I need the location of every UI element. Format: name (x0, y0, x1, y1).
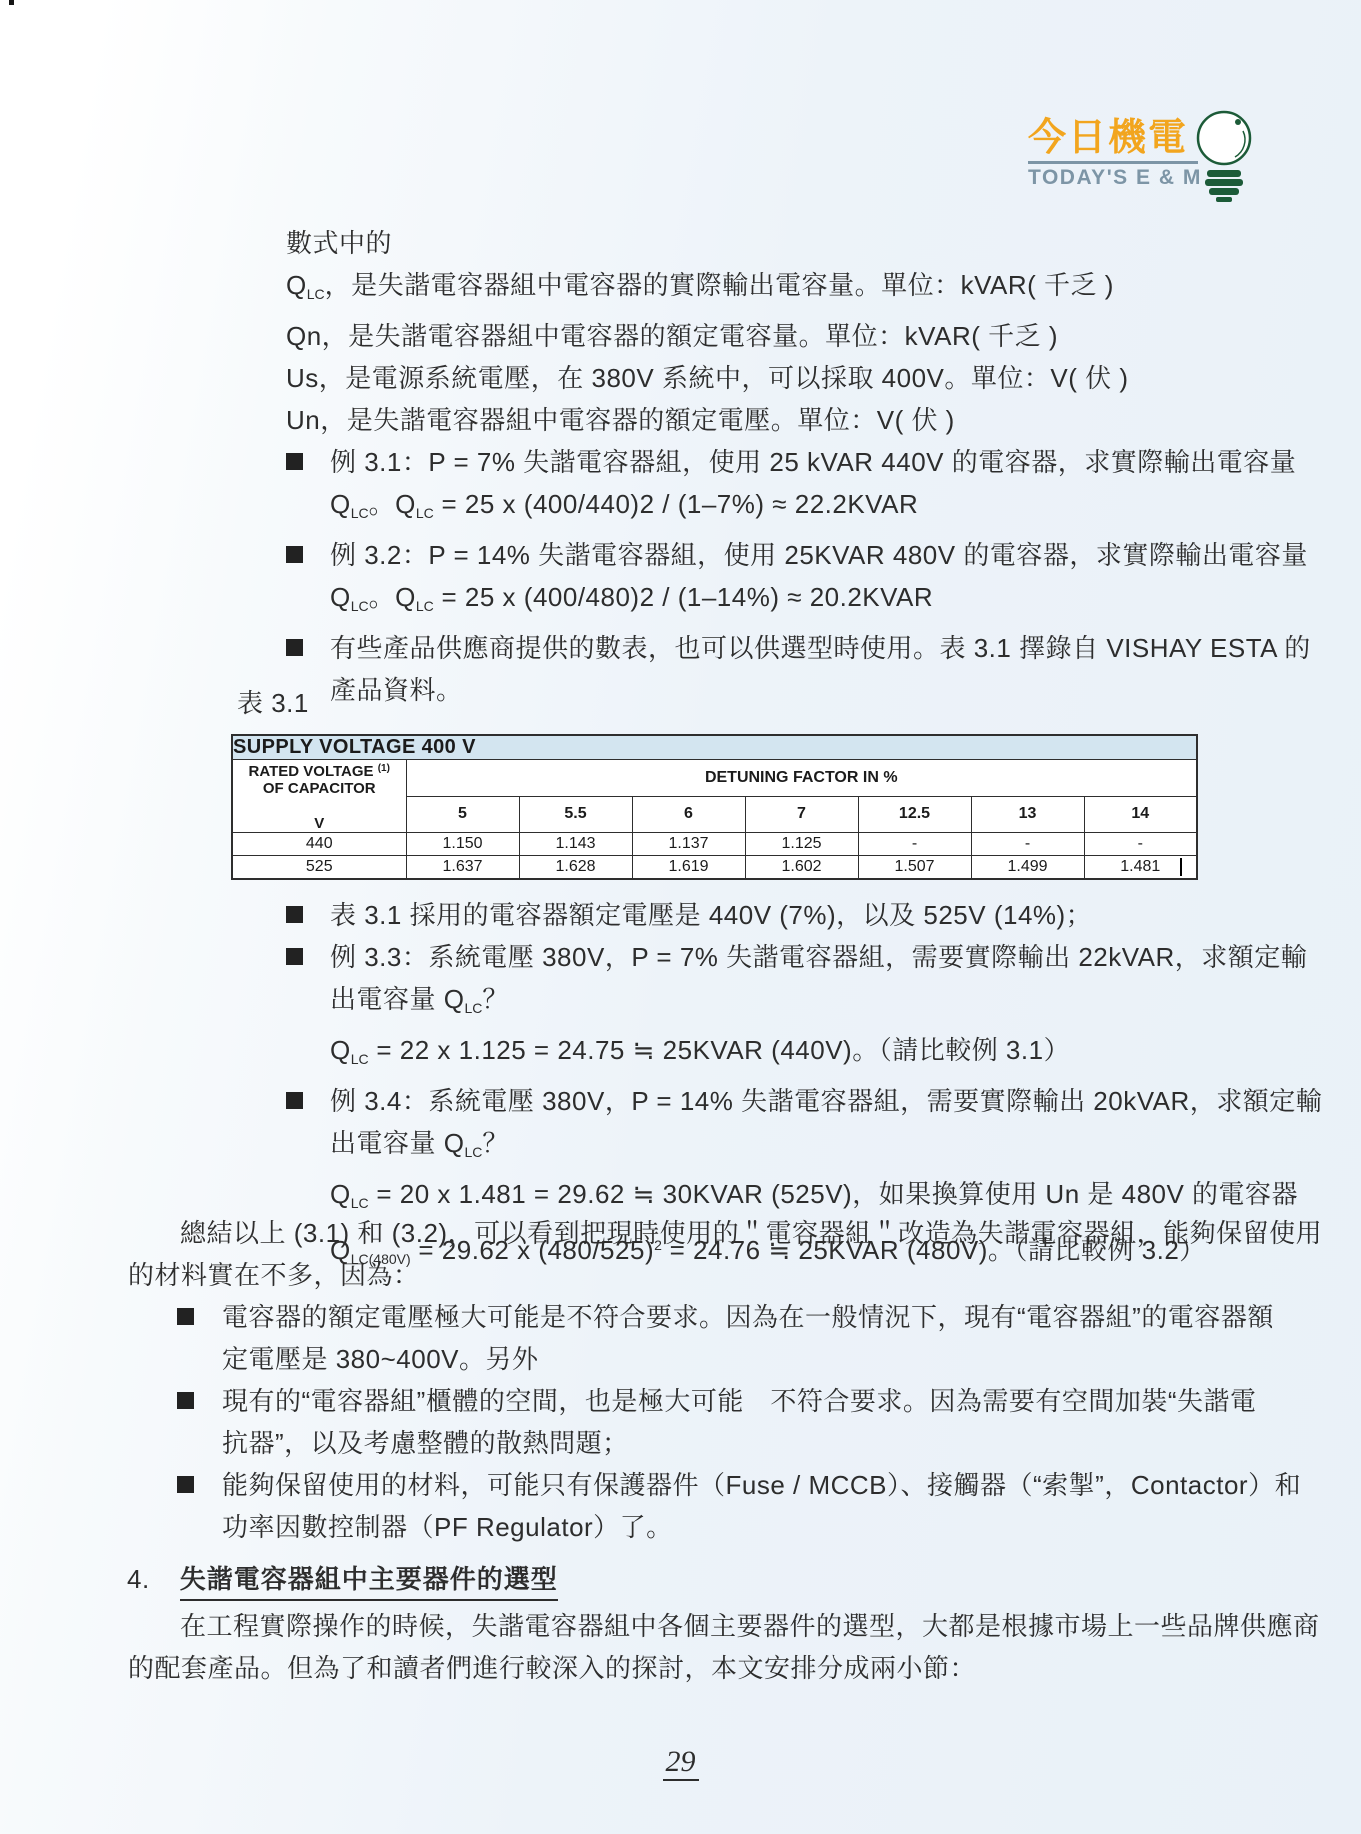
example-line: 出電容量 QLC？ (330, 978, 1322, 1029)
text-sub: LC (351, 505, 369, 521)
scan-artifact (9, 0, 14, 5)
table-row: 4401.1501.1431.1371.125--- (232, 833, 1197, 856)
table-title: SUPPLY VOLTAGE 400 V (232, 735, 1197, 760)
row-header-footnote: (1) (378, 763, 390, 774)
factor-value-cell: 1.619 (632, 856, 745, 880)
text-run: 總結以上 (3.1) 和 (3.2)，可以看到把現時使用的＂電容器組＂改造為失諧… (180, 1218, 1322, 1248)
text-sub: LC (307, 286, 325, 302)
text-run: 在工程實際操作的時候，失諧電容器組中各個主要器件的選型，大都是根據市場上一些品牌… (180, 1611, 1320, 1641)
text-run: 例 3.3：系統電壓 380V，P = 7% 失諧電容器組，需要實際輸出 22k… (330, 942, 1307, 972)
factor-value-cell: - (858, 833, 971, 856)
row-header-text: RATED VOLTAGE (249, 763, 374, 780)
body-line: Us，是電源系統電壓，在 380V 系統中，可以採取 400V。單位：V( 伏 … (286, 357, 1311, 399)
body-line: QLC，是失諧電容器組中電容器的實際輸出電容量。單位：kVAR( 千乏 ) (286, 264, 1311, 315)
bullet-square-icon (286, 546, 303, 563)
text-run: 。Q (369, 489, 416, 519)
text-run: ？ (482, 1128, 509, 1158)
example-line: 例 3.3：系統電壓 380V，P = 7% 失諧電容器組，需要實際輸出 22k… (286, 936, 1322, 978)
magazine-logo: 今日機電 TODAY'S E & M (1028, 118, 1258, 190)
bullet-square-icon (286, 639, 303, 656)
factor-column-header: 13 (971, 796, 1084, 833)
table-group-header: DETUNING FACTOR IN % (406, 760, 1197, 797)
bullet-square-icon (177, 1476, 194, 1493)
text-run: 例 3.1：P = 7% 失諧電容器組，使用 25 kVAR 440V 的電容器… (330, 447, 1296, 477)
text-run: = 22 x 1.125 = 24.75 ≒ 25KVAR (440V)。（請比… (369, 1035, 1070, 1065)
closing-paragraph: 在工程實際操作的時候，失諧電容器組中各個主要器件的選型，大都是根據市場上一些品牌… (128, 1605, 1320, 1689)
page-number: 29 (0, 1745, 1361, 1779)
closing-line: 的配套產品。但為了和讀者們進行較深入的探討，本文安排分成兩小節： (128, 1647, 1320, 1689)
bullet-square-icon (177, 1308, 194, 1325)
example-line: 出電容量 QLC？ (330, 1122, 1322, 1173)
factor-value-cell: 1.137 (632, 833, 745, 856)
summary-line: 總結以上 (3.1) 和 (3.2)，可以看到把現時使用的＂電容器組＂改造為失諧… (180, 1212, 1322, 1254)
text-run: 的配套產品。但為了和讀者們進行較深入的探討，本文安排分成兩小節： (128, 1653, 976, 1683)
body-line: QLC。QLC = 25 x (400/480)2 / (1–14%) ≈ 20… (330, 576, 1311, 627)
text-sub: LC (351, 1195, 369, 1211)
text-run: 的材料實在不多，因為： (128, 1260, 420, 1290)
text-run: Qn，是失諧電容器組中電容器的額定電容量。單位：kVAR( 千乏 ) (286, 321, 1058, 351)
text-run: Q (330, 1179, 351, 1209)
factor-value-cell: 1.507 (858, 856, 971, 880)
body-line: 產品資料。 (330, 669, 1311, 711)
example-line: 表 3.1 採用的電容器額定電壓是 440V (7%)，以及 525V (14%… (286, 894, 1322, 936)
material-line: 抗器”，以及考慮整體的散熱問題； (222, 1422, 1301, 1464)
text-run: = 25 x (400/480)2 / (1–14%) ≈ 20.2KVAR (434, 582, 933, 612)
factor-value-cell: 1.143 (519, 833, 632, 856)
text-run: 例 3.2：P = 14% 失諧電容器組，使用 25KVAR 480V 的電容器… (330, 540, 1308, 570)
factor-value-cell: - (1084, 833, 1197, 856)
row-header-line2: OF CAPACITOR (233, 780, 406, 797)
table-caption: 表 3.1 (237, 682, 309, 724)
text-run: 產品資料。 (330, 675, 463, 705)
material-line: 定電壓是 380~400V。另外 (222, 1338, 1301, 1380)
logo-underline (1028, 161, 1198, 164)
row-header-unit: V (233, 815, 406, 832)
text-run: 表 3.1 採用的電容器額定電壓是 440V (7%)，以及 525V (14%… (330, 900, 1092, 930)
text-run: 例 3.4：系統電壓 380V，P = 14% 失諧電容器組，需要實際輸出 20… (330, 1086, 1322, 1116)
text-run: Q (330, 582, 351, 612)
factor-value-cell: 1.125 (745, 833, 858, 856)
text-run: ，是失諧電容器組中電容器的實際輸出電容量。單位：kVAR( 千乏 ) (325, 270, 1114, 300)
section-title: 失諧電容器組中主要器件的選型 (180, 1564, 558, 1601)
bullet-square-icon (286, 453, 303, 470)
factor-value-cell: 1.628 (519, 856, 632, 880)
text-run: 能夠保留使用的材料，可能只有保護器件（Fuse / MCCB）、接觸器（“索掣”… (222, 1470, 1301, 1500)
material-line: 功率因數控制器（PF Regulator）了。 (222, 1506, 1301, 1548)
row-header-line1: RATED VOLTAGE (1) (233, 760, 406, 780)
text-sub: LC (464, 1000, 482, 1016)
factor-value-cell: 1.481 (1084, 856, 1197, 880)
text-run: Us，是電源系統電壓，在 380V 系統中，可以採取 400V。單位：V( 伏 … (286, 363, 1129, 393)
factor-value-cell: 1.602 (745, 856, 858, 880)
definitions-and-examples: 數式中的QLC，是失諧電容器組中電容器的實際輸出電容量。單位：kVAR( 千乏 … (286, 222, 1311, 711)
lightbulb-icon (1196, 109, 1254, 204)
factor-column-header: 6 (632, 796, 745, 833)
factor-column-header: 7 (745, 796, 858, 833)
material-bullet-list: 電容器的額定電壓極大可能是不符合要求。因為在一般情況下，現有“電容器組”的電容器… (177, 1296, 1301, 1548)
bullet-square-icon (286, 906, 303, 923)
body-line: 例 3.2：P = 14% 失諧電容器組，使用 25KVAR 480V 的電容器… (286, 534, 1311, 576)
factor-value-cell: 1.637 (406, 856, 519, 880)
table-row-header: RATED VOLTAGE (1) OF CAPACITOR V (232, 760, 406, 833)
bullet-square-icon (177, 1392, 194, 1409)
text-run: 抗器”，以及考慮整體的散熱問題； (222, 1428, 629, 1458)
text-run: 電容器的額定電壓極大可能是不符合要求。因為在一般情況下，現有“電容器組”的電容器… (222, 1302, 1274, 1332)
text-sub: LC (464, 1144, 482, 1160)
material-line: 現有的“電容器組”櫃體的空間，也是極大可能 不符合要求。因為需要有空間加裝“失諧… (177, 1380, 1301, 1422)
body-line: 例 3.1：P = 7% 失諧電容器組，使用 25 kVAR 440V 的電容器… (286, 441, 1311, 483)
factor-column-header: 14 (1084, 796, 1197, 833)
body-line: Qn，是失諧電容器組中電容器的額定電容量。單位：kVAR( 千乏 ) (286, 315, 1311, 357)
body-line: 數式中的 (286, 222, 1311, 264)
text-run: 功率因數控制器（PF Regulator）了。 (222, 1512, 673, 1542)
text-run: 數式中的 (286, 228, 392, 258)
text-run: 有些產品供應商提供的數表，也可以供選型時使用。表 3.1 擇錄自 VISHAY … (330, 633, 1311, 663)
text-sub: LC (416, 505, 434, 521)
factor-column-header: 12.5 (858, 796, 971, 833)
bullet-square-icon (286, 948, 303, 965)
text-run: 現有的“電容器組”櫃體的空間，也是極大可能 不符合要求。因為需要有空間加裝“失諧… (222, 1386, 1256, 1416)
body-line: 有些產品供應商提供的數表，也可以供選型時使用。表 3.1 擇錄自 VISHAY … (286, 627, 1311, 669)
material-line: 電容器的額定電壓極大可能是不符合要求。因為在一般情況下，現有“電容器組”的電容器… (177, 1296, 1301, 1338)
material-line: 能夠保留使用的材料，可能只有保護器件（Fuse / MCCB）、接觸器（“索掣”… (177, 1464, 1301, 1506)
factor-value-cell: 1.499 (971, 856, 1084, 880)
text-sub: LC (351, 1051, 369, 1067)
section-4-heading: 4.失諧電容器組中主要器件的選型 (127, 1558, 558, 1600)
factor-column-header: 5.5 (519, 796, 632, 833)
page-number-value: 29 (663, 1745, 699, 1781)
text-sub: LC (416, 598, 434, 614)
text-run: Q (330, 1035, 351, 1065)
table-row: 5251.6371.6281.6191.6021.5071.4991.481 (232, 856, 1197, 880)
text-run: 。Q (369, 582, 416, 612)
text-run: Q (286, 270, 307, 300)
text-run: ？ (482, 984, 509, 1014)
voltage-cell: 525 (232, 856, 406, 880)
text-run: Un，是失諧電容器組中電容器的額定電壓。單位：V( 伏 ) (286, 405, 955, 435)
summary-paragraph: 總結以上 (3.1) 和 (3.2)，可以看到把現時使用的＂電容器組＂改造為失諧… (128, 1212, 1322, 1296)
closing-line: 在工程實際操作的時候，失諧電容器組中各個主要器件的選型，大都是根據市場上一些品牌… (180, 1605, 1320, 1647)
text-run: = 25 x (400/440)2 / (1–7%) ≈ 22.2KVAR (434, 489, 918, 519)
summary-line: 的材料實在不多，因為： (128, 1254, 1322, 1296)
factor-value-cell: 1.150 (406, 833, 519, 856)
text-run: 出電容量 Q (330, 984, 464, 1014)
detuning-factor-table: SUPPLY VOLTAGE 400 V RATED VOLTAGE (1) O… (231, 734, 1198, 880)
text-run: Q (330, 489, 351, 519)
text-run: = 20 x 1.481 = 29.62 ≒ 30KVAR (525V)，如果換… (369, 1179, 1298, 1209)
example-line: 例 3.4：系統電壓 380V，P = 14% 失諧電容器組，需要實際輸出 20… (286, 1080, 1322, 1122)
bullet-square-icon (286, 1092, 303, 1109)
text-sub: LC (351, 598, 369, 614)
section-number: 4. (127, 1564, 150, 1594)
example-line: QLC = 22 x 1.125 = 24.75 ≒ 25KVAR (440V)… (330, 1029, 1322, 1080)
voltage-cell: 440 (232, 833, 406, 856)
text-run: 出電容量 Q (330, 1128, 464, 1158)
text-cursor-artifact (1180, 858, 1182, 876)
factor-value-cell: - (971, 833, 1084, 856)
magazine-page: 今日機電 TODAY'S E & M 數式中的QLC，是失諧電容器組中電容器的實… (0, 0, 1361, 1834)
factor-column-header: 5 (406, 796, 519, 833)
body-line: QLC。QLC = 25 x (400/440)2 / (1–7%) ≈ 22.… (330, 483, 1311, 534)
text-run: 定電壓是 380~400V。另外 (222, 1344, 539, 1374)
body-line: Un，是失諧電容器組中電容器的額定電壓。單位：V( 伏 ) (286, 399, 1311, 441)
